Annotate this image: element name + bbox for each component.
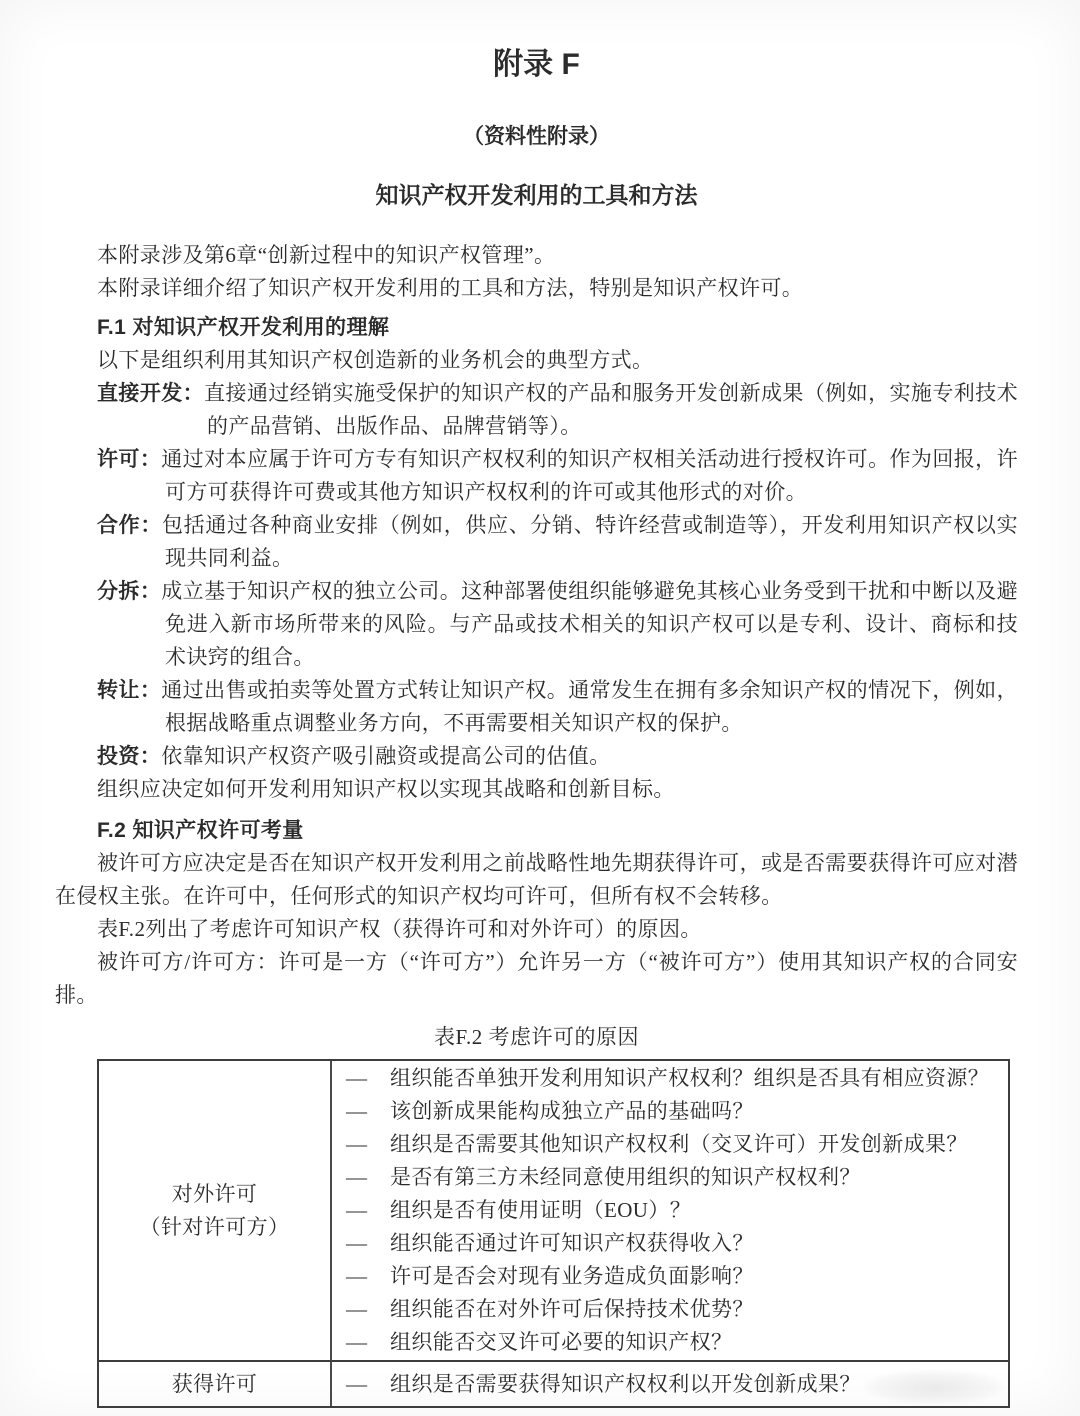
- section-f2-heading: F.2 知识产权许可考量: [97, 814, 1018, 847]
- section-f2-paragraph-1: 被许可方应决定是否在知识产权开发利用之前战略性地先期获得许可，或是否需要获得许可…: [55, 847, 1018, 913]
- table-row-licensing-in: 获得许可 —组织是否需要获得知识产权权利以开发创新成果？: [99, 1360, 1008, 1406]
- dash-bullet: —: [346, 1062, 390, 1095]
- definition-direct-development: 直接开发：直接通过经销实施受保护的知识产权的产品和服务开发创新成果（例如，实施专…: [207, 377, 1018, 443]
- definition-text: 通过对本应属于许可方专有知识产权权利的知识产权相关活动进行授权许可。作为回报，许…: [161, 447, 1018, 504]
- dash-bullet: —: [346, 1260, 390, 1293]
- table-item: —是否有第三方未经同意使用组织的知识产权权利？: [332, 1161, 1002, 1194]
- table-item: —组织是否需要其他知识产权权利（交叉许可）开发创新成果？: [332, 1128, 1002, 1161]
- table-item: —组织能否单独开发利用知识产权权利？组织是否具有相应资源？: [332, 1062, 1002, 1095]
- intro-paragraph-2: 本附录详细介绍了知识产权开发利用的工具和方法，特别是知识产权许可。: [97, 272, 1018, 305]
- table-item-text: 是否有第三方未经同意使用组织的知识产权权利？: [390, 1165, 861, 1189]
- intro-paragraph-1: 本附录涉及第6章“创新过程中的知识产权管理”。: [97, 239, 1018, 272]
- row-label-line: 对外许可: [172, 1178, 258, 1211]
- table-item: —许可是否会对现有业务造成负面影响？: [332, 1260, 1002, 1293]
- table-item-text: 组织能否交叉许可必要的知识产权？: [390, 1330, 732, 1354]
- table-item: —组织能否通过许可知识产权获得收入？: [332, 1227, 1002, 1260]
- table-caption: 表F.2 考虑许可的原因: [55, 1022, 1018, 1052]
- scan-artifact: [864, 1370, 1004, 1404]
- table-item-text: 组织能否在对外许可后保持技术优势？: [390, 1297, 754, 1321]
- dash-bullet: —: [346, 1128, 390, 1161]
- definition-term: 合作：: [97, 514, 162, 537]
- row-items-licensing-in: —组织是否需要获得知识产权权利以开发创新成果？: [332, 1360, 1008, 1406]
- definition-text: 包括通过各种商业安排（例如，供应、分销、特许经营或制造等），开发利用知识产权以实…: [162, 513, 1018, 570]
- section-f1-heading: F.1 对知识产权开发利用的理解: [97, 311, 1018, 344]
- definition-term: 直接开发：: [97, 382, 204, 405]
- table-row-licensing-out: 对外许可 （针对许可方） —组织能否单独开发利用知识产权权利？组织是否具有相应资…: [99, 1061, 1008, 1360]
- table-item: —组织是否有使用证明（EOU）？: [332, 1194, 1002, 1227]
- definition-text: 成立基于知识产权的独立公司。这种部署使组织能够避免其核心业务受到干扰和中断以及避…: [161, 579, 1018, 669]
- definition-term: 投资：: [97, 745, 161, 768]
- document-title: 知识产权开发利用的工具和方法: [55, 179, 1018, 211]
- definition-term: 分拆：: [97, 580, 161, 603]
- document-page: 附录 F （资料性附录） 知识产权开发利用的工具和方法 本附录涉及第6章“创新过…: [0, 0, 1080, 1416]
- definition-term: 转让：: [97, 679, 161, 702]
- definition-investment: 投资：依靠知识产权资产吸引融资或提高公司的估值。: [165, 740, 1018, 773]
- dash-bullet: —: [346, 1095, 390, 1128]
- row-label-line: 获得许可: [172, 1368, 258, 1401]
- row-label-line: （针对许可方）: [140, 1211, 290, 1244]
- row-items-licensing-out: —组织能否单独开发利用知识产权权利？组织是否具有相应资源？ —该创新成果能构成独…: [332, 1061, 1008, 1360]
- definition-transfer: 转让：通过出售或拍卖等处置方式转让知识产权。通常发生在拥有多余知识产权的情况下，…: [165, 674, 1018, 740]
- row-label-licensing-in: 获得许可: [99, 1360, 332, 1406]
- section-f1-closing: 组织应决定如何开发利用知识产权以实现其战略和创新目标。: [97, 773, 1018, 806]
- dash-bullet: —: [346, 1326, 390, 1359]
- reasons-table: 对外许可 （针对许可方） —组织能否单独开发利用知识产权权利？组织是否具有相应资…: [97, 1059, 1010, 1408]
- section-f2-paragraph-2: 表F.2列出了考虑许可知识产权（获得许可和对外许可）的原因。: [55, 913, 1018, 946]
- dash-bullet: —: [346, 1227, 390, 1260]
- dash-bullet: —: [346, 1194, 390, 1227]
- definition-licensing: 许可：通过对本应属于许可方专有知识产权权利的知识产权相关活动进行授权许可。作为回…: [165, 443, 1018, 509]
- section-f2-paragraph-3: 被许可方/许可方：许可是一方（“许可方”）允许另一方（“被许可方”）使用其知识产…: [55, 946, 1018, 1012]
- definition-cooperation: 合作：包括通过各种商业安排（例如，供应、分销、特许经营或制造等），开发利用知识产…: [165, 509, 1018, 575]
- definition-text: 直接通过经销实施受保护的知识产权的产品和服务开发创新成果（例如，实施专利技术的产…: [204, 381, 1018, 438]
- appendix-title: 附录 F: [55, 46, 1018, 84]
- table-item-text: 组织是否需要获得知识产权权利以开发创新成果？: [390, 1372, 861, 1396]
- table-item: —组织能否交叉许可必要的知识产权？: [332, 1326, 1002, 1359]
- table-item-text: 组织是否有使用证明（EOU）？: [390, 1198, 691, 1222]
- table-item: —该创新成果能构成独立产品的基础吗？: [332, 1095, 1002, 1128]
- table-item-text: 组织是否需要其他知识产权权利（交叉许可）开发创新成果？: [390, 1132, 968, 1156]
- table-item: —组织是否需要获得知识产权权利以开发创新成果？: [332, 1368, 861, 1401]
- table-item-text: 组织能否通过许可知识产权获得收入？: [390, 1231, 754, 1255]
- definition-term: 许可：: [97, 448, 161, 471]
- appendix-note: （资料性附录）: [55, 122, 1018, 152]
- table-item: —组织能否在对外许可后保持技术优势？: [332, 1293, 1002, 1326]
- dash-bullet: —: [346, 1293, 390, 1326]
- definition-text: 依靠知识产权资产吸引融资或提高公司的估值。: [161, 744, 610, 768]
- definition-spinoff: 分拆：成立基于知识产权的独立公司。这种部署使组织能够避免其核心业务受到干扰和中断…: [165, 575, 1018, 674]
- definition-text: 通过出售或拍卖等处置方式转让知识产权。通常发生在拥有多余知识产权的情况下，例如，…: [161, 678, 1018, 735]
- table-item-text: 组织能否单独开发利用知识产权权利？组织是否具有相应资源？: [390, 1066, 989, 1090]
- section-f1-lead: 以下是组织利用其知识产权创造新的业务机会的典型方式。: [97, 344, 1018, 377]
- dash-bullet: —: [346, 1368, 390, 1401]
- table-item-text: 该创新成果能构成独立产品的基础吗？: [390, 1099, 754, 1123]
- row-label-licensing-out: 对外许可 （针对许可方）: [99, 1061, 332, 1360]
- table-item-text: 许可是否会对现有业务造成负面影响？: [390, 1264, 754, 1288]
- dash-bullet: —: [346, 1161, 390, 1194]
